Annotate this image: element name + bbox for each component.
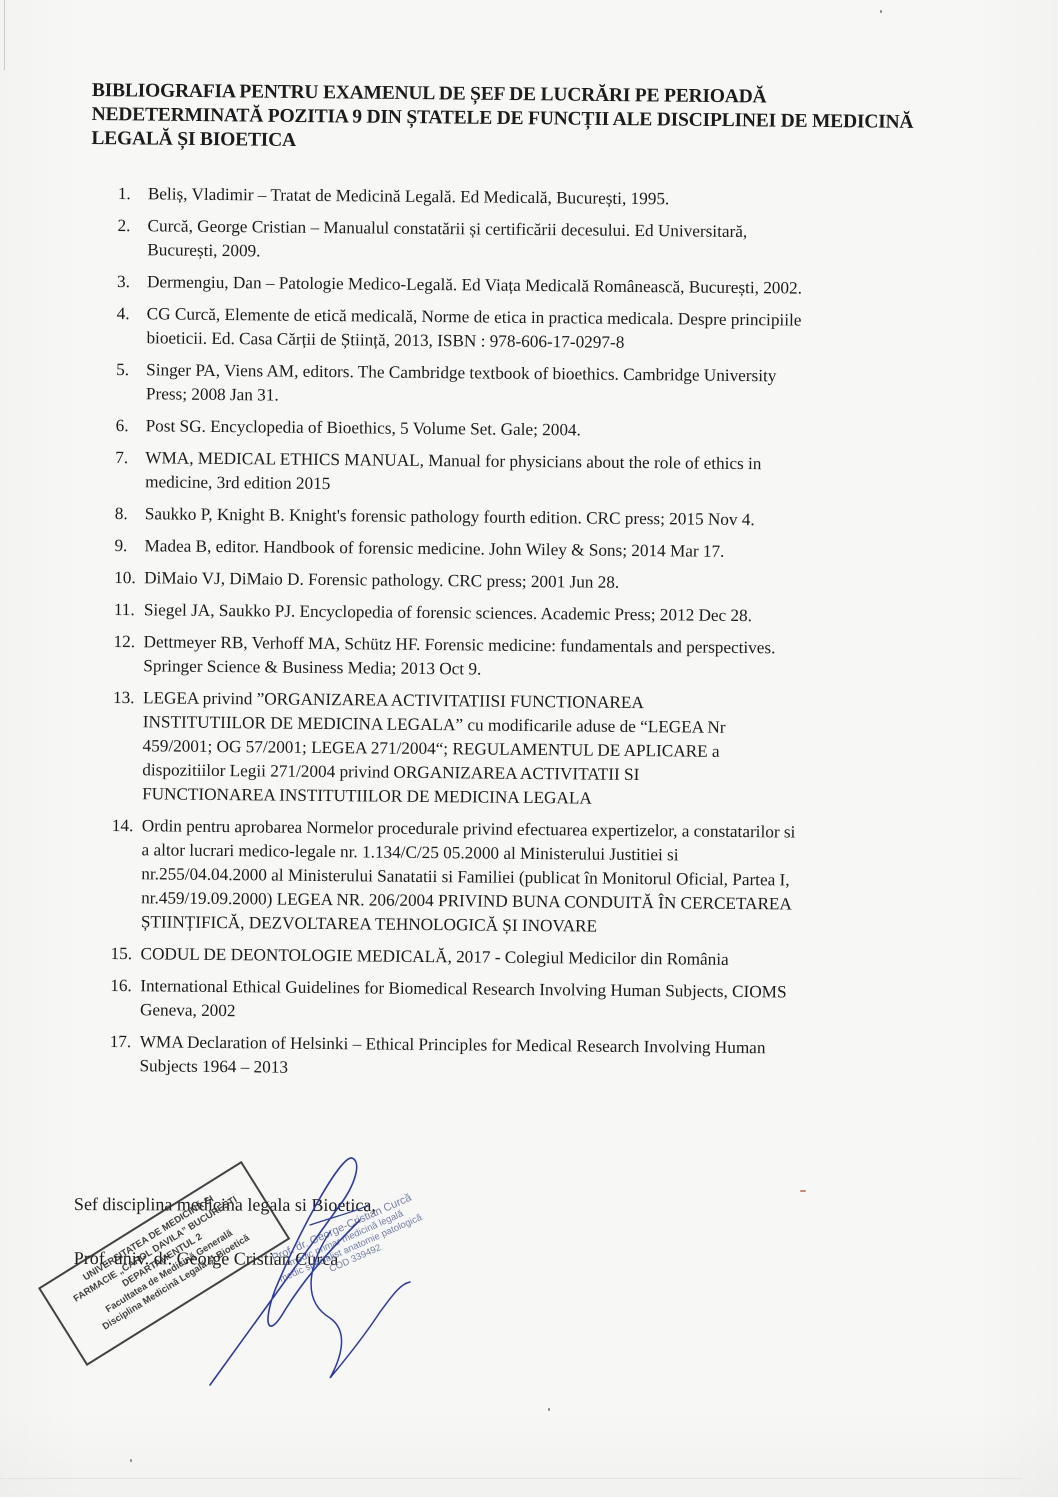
entry-line: Saukko P, Knight B. Knight's forensic pa… bbox=[145, 502, 975, 534]
bibliography-entry: 11.Siegel JA, Saukko PJ. Encyclopedia of… bbox=[114, 598, 974, 630]
bibliography-entry: 12.Dettmeyer RB, Verhoff MA, Schütz HF. … bbox=[113, 630, 973, 686]
entry-line: Madea B, editor. Handbook of forensic me… bbox=[144, 534, 974, 566]
scan-speck bbox=[130, 1459, 132, 1462]
entry-number: 6. bbox=[116, 414, 146, 438]
scan-speck bbox=[548, 1408, 550, 1411]
bibliography-entry: 15.CODUL DE DEONTOLOGIE MEDICALĂ, 2017 -… bbox=[110, 942, 970, 974]
bibliography-entry: 2.Curcă, George Cristian – Manualul cons… bbox=[117, 214, 977, 270]
bibliography-entry: 5.Singer PA, Viens AM, editors. The Camb… bbox=[116, 358, 976, 414]
entry-number: 13. bbox=[112, 686, 143, 806]
entry-number: 2. bbox=[117, 214, 147, 262]
bibliography-entry: 16.International Ethical Guidelines for … bbox=[110, 974, 970, 1030]
entry-number: 5. bbox=[116, 358, 146, 406]
bibliography-entry: 8.Saukko P, Knight B. Knight's forensic … bbox=[115, 502, 975, 534]
entry-text: Dermengiu, Dan – Patologie Medico-Legală… bbox=[147, 270, 977, 302]
entry-number: 7. bbox=[115, 446, 145, 494]
entry-line: Beliș, Vladimir – Tratat de Medicină Leg… bbox=[148, 182, 978, 214]
bibliography-entry: 1.Beliș, Vladimir – Tratat de Medicină L… bbox=[118, 182, 978, 214]
entry-text: Singer PA, Viens AM, editors. The Cambri… bbox=[146, 358, 976, 414]
scan-speck bbox=[800, 1190, 806, 1192]
scan-edge-left bbox=[4, 0, 5, 70]
entry-number: 15. bbox=[110, 942, 140, 966]
bibliography-entry: 17.WMA Declaration of Helsinki – Ethical… bbox=[109, 1030, 969, 1086]
entry-number: 12. bbox=[113, 630, 143, 678]
entry-text: Madea B, editor. Handbook of forensic me… bbox=[144, 534, 974, 566]
bibliography-entry: 14.Ordin pentru aprobarea Normelor proce… bbox=[111, 814, 972, 942]
document-title: BIBLIOGRAFIA PENTRU EXAMENUL DE ȘEF DE L… bbox=[91, 79, 1032, 160]
entry-number: 9. bbox=[114, 534, 144, 558]
bibliography-entry: 10.DiMaio VJ, DiMaio D. Forensic patholo… bbox=[114, 566, 974, 598]
entry-number: 11. bbox=[114, 598, 144, 622]
bibliography-entry: 6.Post SG. Encyclopedia of Bioethics, 5 … bbox=[116, 414, 976, 446]
entry-line: Dermengiu, Dan – Patologie Medico-Legală… bbox=[147, 270, 977, 302]
entry-number: 3. bbox=[117, 270, 147, 294]
entry-number: 4. bbox=[116, 302, 146, 350]
bibliography-entry: 3.Dermengiu, Dan – Patologie Medico-Lega… bbox=[117, 270, 977, 302]
entry-text: Ordin pentru aprobarea Normelor procedur… bbox=[141, 814, 972, 942]
entry-text: Beliș, Vladimir – Tratat de Medicină Leg… bbox=[148, 182, 978, 214]
bibliography-entry: 9.Madea B, editor. Handbook of forensic … bbox=[114, 534, 974, 566]
entry-number: 10. bbox=[114, 566, 144, 590]
entry-text: International Ethical Guidelines for Bio… bbox=[140, 974, 970, 1030]
bibliography-entry: 4.CG Curcă, Elemente de etică medicală, … bbox=[116, 302, 976, 358]
entry-text: Siegel JA, Saukko PJ. Encyclopedia of fo… bbox=[144, 598, 974, 630]
bibliography-list: 1.Beliș, Vladimir – Tratat de Medicină L… bbox=[109, 182, 978, 1094]
entry-text: LEGEA privind ”ORGANIZAREA ACTIVITATIISI… bbox=[142, 686, 973, 814]
entry-line: Post SG. Encyclopedia of Bioethics, 5 Vo… bbox=[146, 414, 976, 446]
bibliography-entry: 7.WMA, MEDICAL ETHICS MANUAL, Manual for… bbox=[115, 446, 975, 502]
entry-number: 17. bbox=[109, 1030, 139, 1078]
bibliography-entry: 13.LEGEA privind ”ORGANIZAREA ACTIVITATI… bbox=[112, 686, 973, 814]
entry-text: Curcă, George Cristian – Manualul consta… bbox=[147, 214, 977, 270]
entry-line: Siegel JA, Saukko PJ. Encyclopedia of fo… bbox=[144, 598, 974, 630]
entry-number: 16. bbox=[110, 974, 140, 1022]
entry-line: DiMaio VJ, DiMaio D. Forensic pathology.… bbox=[144, 566, 974, 598]
entry-line: CODUL DE DEONTOLOGIE MEDICALĂ, 2017 - Co… bbox=[140, 942, 970, 974]
entry-text: Post SG. Encyclopedia of Bioethics, 5 Vo… bbox=[146, 414, 976, 446]
scan-edge-bottom bbox=[0, 1478, 1022, 1479]
entry-text: WMA, MEDICAL ETHICS MANUAL, Manual for p… bbox=[145, 446, 975, 502]
scan-speck bbox=[880, 10, 882, 13]
entry-text: WMA Declaration of Helsinki – Ethical Pr… bbox=[139, 1030, 969, 1086]
entry-text: Saukko P, Knight B. Knight's forensic pa… bbox=[145, 502, 975, 534]
entry-number: 14. bbox=[111, 814, 142, 934]
entry-text: CODUL DE DEONTOLOGIE MEDICALĂ, 2017 - Co… bbox=[140, 942, 970, 974]
entry-number: 8. bbox=[115, 502, 145, 526]
entry-text: DiMaio VJ, DiMaio D. Forensic pathology.… bbox=[144, 566, 974, 598]
entry-text: CG Curcă, Elemente de etică medicală, No… bbox=[146, 302, 976, 358]
entry-text: Dettmeyer RB, Verhoff MA, Schütz HF. For… bbox=[143, 630, 973, 686]
entry-number: 1. bbox=[118, 182, 148, 206]
